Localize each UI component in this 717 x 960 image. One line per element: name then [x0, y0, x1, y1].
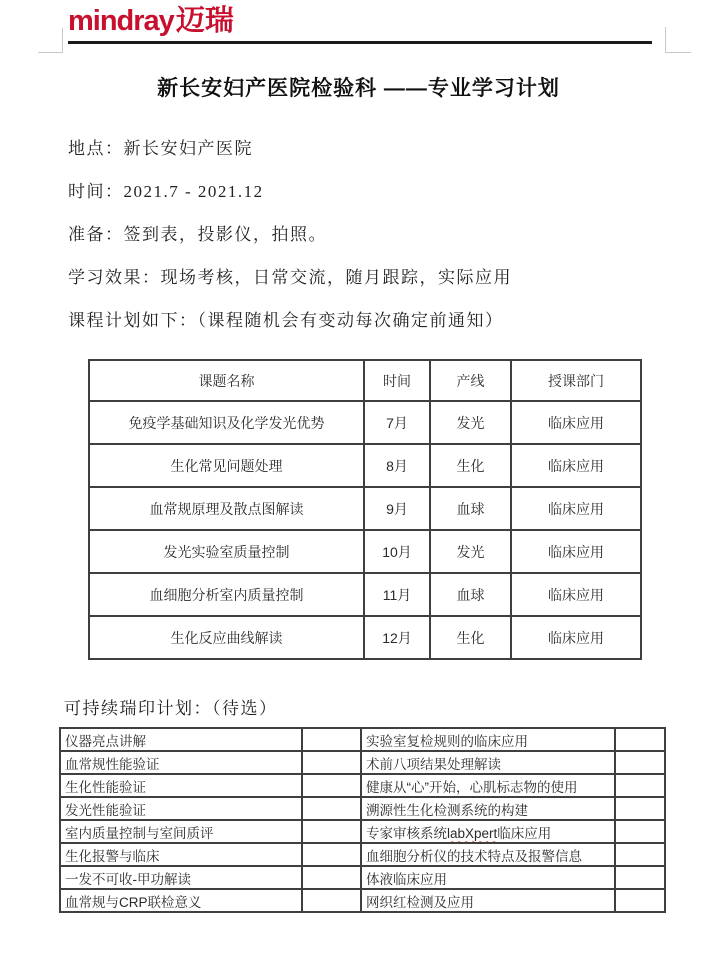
course-header-cell: 课题名称 — [89, 360, 364, 401]
course-cell: 11月 — [364, 573, 430, 616]
sustain-topic-text: 体液临床应用 — [366, 872, 447, 887]
sustain-topic-right: 专家审核系统labXpert临床应用 — [361, 820, 615, 843]
sustain-topic-right: 健康从“心”开始，心肌标志物的使用 — [361, 774, 615, 797]
sustain-checkbox-cell — [302, 866, 361, 889]
sustain-topic-left: 室内质量控制与室间质评 — [60, 820, 302, 843]
course-header-cell: 授课部门 — [511, 360, 641, 401]
sustain-topic-text: 专家审核系统 — [366, 826, 447, 841]
sustain-topics-table: 仪器亮点讲解实验室复检规则的临床应用血常规性能验证术前八项结果处理解读生化性能验… — [59, 727, 666, 913]
sustain-topic-left: 血常规与CRP联检意义 — [60, 889, 302, 912]
course-cell: 临床应用 — [511, 573, 641, 616]
logo-text-cn: 迈瑞 — [176, 5, 234, 37]
misspelled-word: labXpert — [447, 826, 497, 841]
intro-block: 地点：新长安妇产医院 时间：2021.7 - 2021.12 准备：签到表，投影… — [68, 138, 668, 353]
sustain-topic-left: 仪器亮点讲解 — [60, 728, 302, 751]
document-page: mindray迈瑞 新长安妇产医院检验科 ——专业学习计划 地点：新长安妇产医院… — [0, 0, 717, 960]
sustain-checkbox-cell — [615, 797, 665, 820]
course-cell: 生化 — [430, 616, 511, 659]
course-cell: 生化反应曲线解读 — [89, 616, 364, 659]
sustain-topic-text: 实验室复检规则的临床应用 — [366, 734, 528, 749]
course-cell: 临床应用 — [511, 444, 641, 487]
sustain-checkbox-cell — [615, 866, 665, 889]
course-row: 生化常见问题处理8月生化临床应用 — [89, 444, 641, 487]
margin-mark-top-right-icon — [665, 27, 691, 53]
course-cell: 临床应用 — [511, 530, 641, 573]
sustain-topic-text: 术前八项结果处理解读 — [366, 757, 501, 772]
sustain-checkbox-cell — [615, 728, 665, 751]
intro-line-time: 时间：2021.7 - 2021.12 — [68, 181, 668, 202]
course-cell: 免疫学基础知识及化学发光优势 — [89, 401, 364, 444]
course-schedule-table: 课题名称时间产线授课部门 免疫学基础知识及化学发光优势7月发光临床应用生化常见问… — [88, 359, 642, 660]
course-row: 血细胞分析室内质量控制11月血球临床应用 — [89, 573, 641, 616]
sustain-topic-left: 一发不可收-甲功解读 — [60, 866, 302, 889]
course-cell: 发光 — [430, 530, 511, 573]
course-cell: 8月 — [364, 444, 430, 487]
sustain-topic-text: 血细胞分析仪的技术特点及报警信息 — [366, 849, 582, 864]
intro-line-location: 地点：新长安妇产医院 — [68, 138, 668, 159]
sustain-checkbox-cell — [302, 843, 361, 866]
course-row: 免疫学基础知识及化学发光优势7月发光临床应用 — [89, 401, 641, 444]
course-cell: 临床应用 — [511, 401, 641, 444]
sustain-topic-right: 溯源性生化检测系统的构建 — [361, 797, 615, 820]
intro-line-preparation: 准备：签到表，投影仪，拍照。 — [68, 224, 668, 245]
course-cell: 生化常见问题处理 — [89, 444, 364, 487]
course-cell: 血球 — [430, 573, 511, 616]
sustain-row: 血常规与CRP联检意义网织红检测及应用 — [60, 889, 665, 912]
course-cell: 临床应用 — [511, 616, 641, 659]
sustain-checkbox-cell — [302, 751, 361, 774]
margin-mark-top-left-icon — [38, 28, 63, 53]
sustain-row: 生化性能验证健康从“心”开始，心肌标志物的使用 — [60, 774, 665, 797]
sustain-checkbox-cell — [302, 774, 361, 797]
course-header-cell: 时间 — [364, 360, 430, 401]
sustain-checkbox-cell — [302, 797, 361, 820]
sustain-topic-right: 术前八项结果处理解读 — [361, 751, 615, 774]
sustain-row: 生化报警与临床血细胞分析仪的技术特点及报警信息 — [60, 843, 665, 866]
course-cell: 血细胞分析室内质量控制 — [89, 573, 364, 616]
sustain-topic-left: 血常规性能验证 — [60, 751, 302, 774]
sustain-topic-right: 血细胞分析仪的技术特点及报警信息 — [361, 843, 615, 866]
sustain-topic-right: 实验室复检规则的临床应用 — [361, 728, 615, 751]
sustain-checkbox-cell — [615, 889, 665, 912]
course-cell: 发光实验室质量控制 — [89, 530, 364, 573]
sustain-checkbox-cell — [615, 843, 665, 866]
sustain-section-title: 可持续瑞印计划：（待选） — [64, 694, 278, 719]
sustain-topic-text: 健康从“心”开始，心肌标志物的使用 — [366, 780, 578, 795]
course-row: 生化反应曲线解读12月生化临床应用 — [89, 616, 641, 659]
sustain-checkbox-cell — [615, 820, 665, 843]
course-cell: 12月 — [364, 616, 430, 659]
sustain-row: 室内质量控制与室间质评专家审核系统labXpert临床应用 — [60, 820, 665, 843]
course-cell: 血球 — [430, 487, 511, 530]
course-row: 血常规原理及散点图解读9月血球临床应用 — [89, 487, 641, 530]
sustain-checkbox-cell — [302, 820, 361, 843]
sustain-topic-left: 生化报警与临床 — [60, 843, 302, 866]
course-cell: 临床应用 — [511, 487, 641, 530]
mindray-logo: mindray迈瑞 — [68, 3, 234, 39]
page-title: 新长安妇产医院检验科 ——专业学习计划 — [0, 72, 717, 102]
course-cell: 生化 — [430, 444, 511, 487]
logo-text-en: mindray — [68, 5, 174, 37]
sustain-topic-text: 溯源性生化检测系统的构建 — [366, 803, 528, 818]
course-cell: 血常规原理及散点图解读 — [89, 487, 364, 530]
course-header-cell: 产线 — [430, 360, 511, 401]
course-row: 发光实验室质量控制10月发光临床应用 — [89, 530, 641, 573]
sustain-checkbox-cell — [302, 728, 361, 751]
sustain-row: 发光性能验证溯源性生化检测系统的构建 — [60, 797, 665, 820]
course-header-row: 课题名称时间产线授课部门 — [89, 360, 641, 401]
course-cell: 7月 — [364, 401, 430, 444]
course-cell: 9月 — [364, 487, 430, 530]
course-cell: 10月 — [364, 530, 430, 573]
sustain-topic-right: 网织红检测及应用 — [361, 889, 615, 912]
sustain-row: 血常规性能验证术前八项结果处理解读 — [60, 751, 665, 774]
sustain-checkbox-cell — [302, 889, 361, 912]
sustain-row: 仪器亮点讲解实验室复检规则的临床应用 — [60, 728, 665, 751]
header-rule — [68, 41, 652, 44]
intro-line-course-plan-note: 课程计划如下：（课程随机会有变动每次确定前通知） — [68, 310, 668, 331]
sustain-topic-text: 网织红检测及应用 — [366, 895, 474, 910]
sustain-row: 一发不可收-甲功解读体液临床应用 — [60, 866, 665, 889]
sustain-topic-left: 生化性能验证 — [60, 774, 302, 797]
sustain-checkbox-cell — [615, 751, 665, 774]
sustain-topic-left: 发光性能验证 — [60, 797, 302, 820]
sustain-topic-right: 体液临床应用 — [361, 866, 615, 889]
intro-line-learning-effect: 学习效果：现场考核，日常交流，随月跟踪，实际应用 — [68, 267, 668, 288]
sustain-topic-text: 临床应用 — [497, 826, 551, 841]
sustain-checkbox-cell — [615, 774, 665, 797]
course-cell: 发光 — [430, 401, 511, 444]
